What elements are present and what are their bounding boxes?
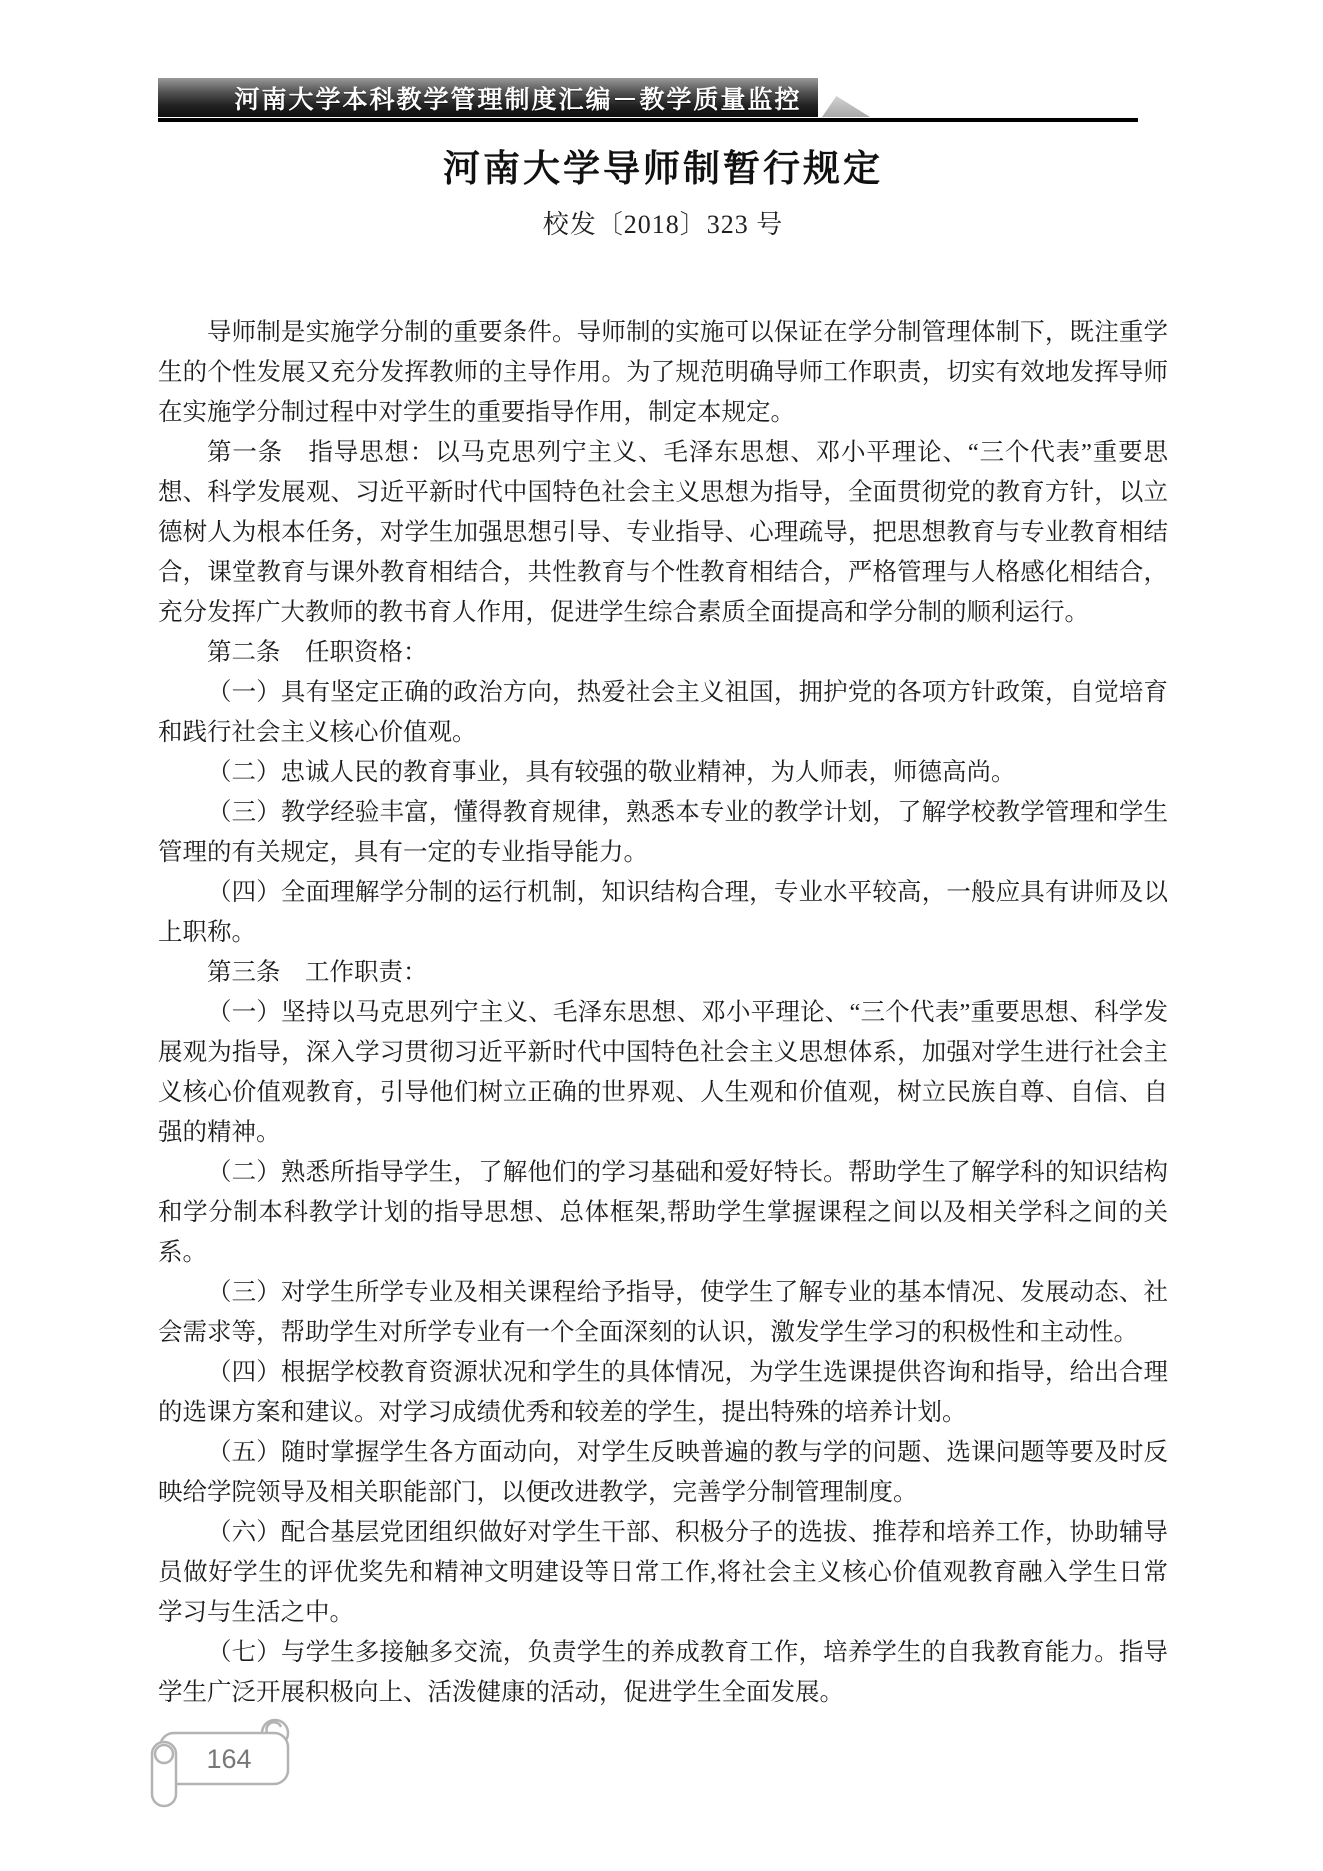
header-arrow-icon [822, 96, 870, 117]
paragraph-article-3-iii: （三）对学生所学专业及相关课程给予指导，使学生了解专业的基本情况、发展动态、社会… [158, 1273, 1168, 1353]
paragraph-article-3-i: （一）坚持以马克思列宁主义、毛泽东思想、邓小平理论、“三个代表”重要思想、科学发… [158, 993, 1168, 1153]
header-banner-title: 河南大学本科教学管理制度汇编－教学质量监控 [234, 80, 801, 116]
paragraph-article-3-vii: （七）与学生多接触多交流，负责学生的养成教育工作，培养学生的自我教育能力。指导学… [158, 1633, 1168, 1713]
paragraph-article-3-v: （五）随时掌握学生各方面动向，对学生反映普遍的教与学的问题、选课问题等要及时反映… [158, 1433, 1168, 1513]
paragraph-article-1: 第一条 指导思想：以马克思列宁主义、毛泽东思想、邓小平理论、“三个代表”重要思想… [158, 433, 1168, 633]
paragraph-article-2-iii: （三）教学经验丰富，懂得教育规律，熟悉本专业的教学计划，了解学校教学管理和学生管… [158, 793, 1168, 873]
document-number: 校发〔2018〕323 号 [158, 204, 1168, 241]
document-title: 河南大学导师制暂行规定 [158, 138, 1168, 192]
paragraph-article-3-ii: （二）熟悉所指导学生，了解他们的学习基础和爱好特长。帮助学生了解学科的知识结构和… [158, 1153, 1168, 1273]
paragraph-article-2-i: （一）具有坚定正确的政治方向，热爱社会主义祖国，拥护党的各项方针政策，自觉培育和… [158, 673, 1168, 753]
paragraph-article-3: 第三条 工作职责： [158, 953, 1168, 993]
document-page: 河南大学本科教学管理制度汇编－教学质量监控 河南大学导师制暂行规定 校发〔201… [0, 0, 1323, 1871]
paragraph-article-2: 第二条 任职资格： [158, 633, 1168, 673]
document-body: 导师制是实施学分制的重要条件。导师制的实施可以保证在学分制管理体制下，既注重学生… [158, 313, 1168, 1713]
paragraph-article-2-iv: （四）全面理解学分制的运行机制，知识结构合理，专业水平较高，一般应具有讲师及以上… [158, 873, 1168, 953]
header-banner: 河南大学本科教学管理制度汇编－教学质量监控 [158, 78, 818, 117]
paragraph-article-3-vi: （六）配合基层党团组织做好对学生干部、积极分子的选拔、推荐和培养工作，协助辅导员… [158, 1513, 1168, 1633]
paragraph-article-2-ii: （二）忠诚人民的教育事业，具有较强的敬业精神，为人师表，师德高尚。 [158, 753, 1168, 793]
scroll-roller-cap [155, 1745, 173, 1763]
header-rule-divider [158, 118, 1138, 122]
page-number-scroll-icon: 164 [148, 1718, 308, 1823]
paragraph-intro: 导师制是实施学分制的重要条件。导师制的实施可以保证在学分制管理体制下，既注重学生… [158, 313, 1168, 433]
page-number: 164 [206, 1744, 251, 1774]
paragraph-article-3-iv: （四）根据学校教育资源状况和学生的具体情况，为学生选课提供咨询和指导，给出合理的… [158, 1353, 1168, 1433]
